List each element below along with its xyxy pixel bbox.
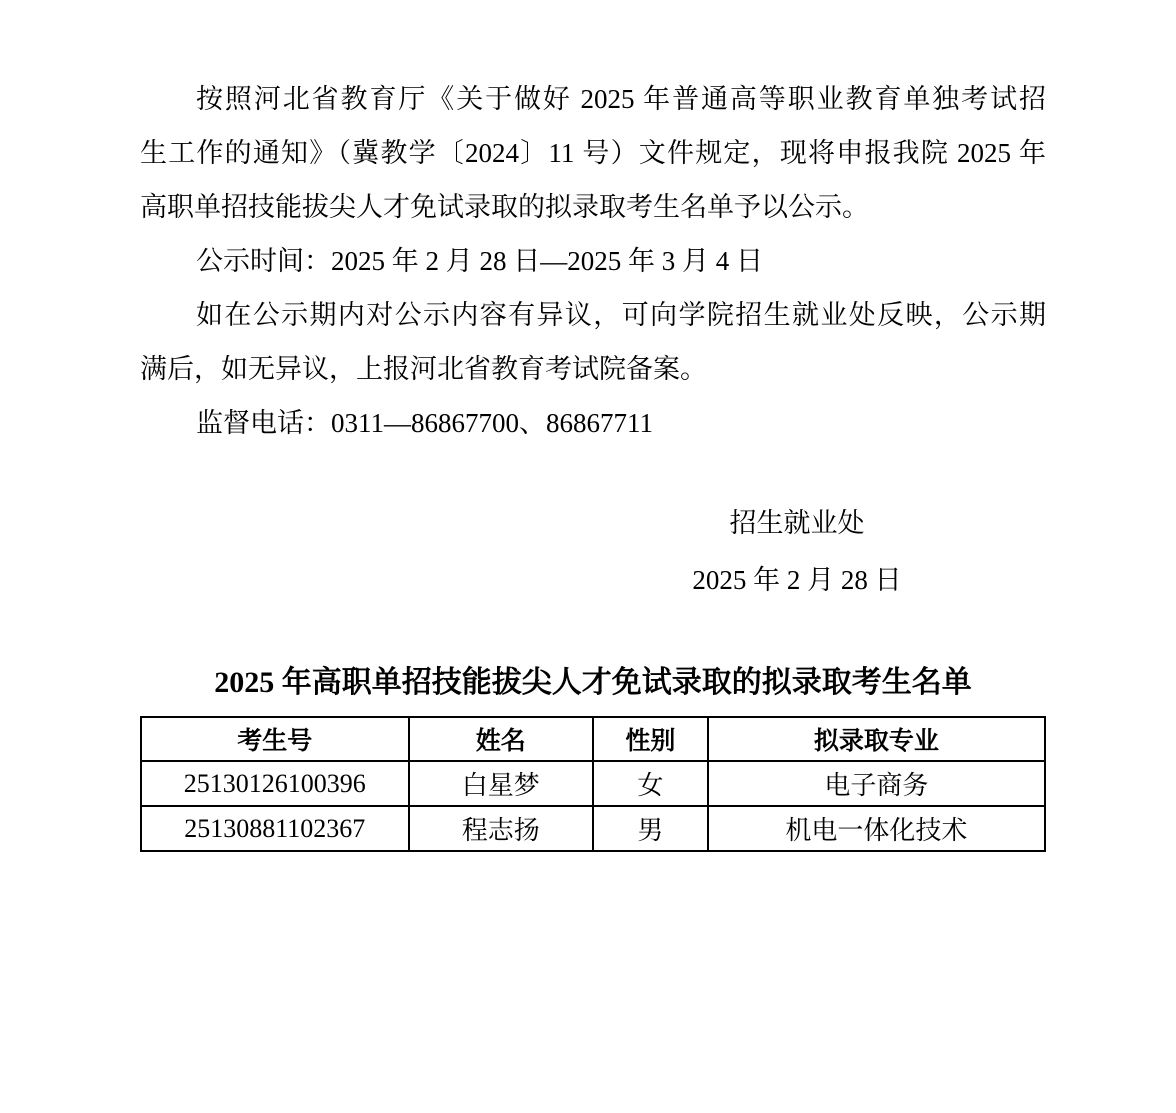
objection-line-1: 如在公示期内对公示内容有异议，可向学院招生就业处反映，公示期 [140, 288, 1046, 342]
signature-block: 招生就业处 2025 年 2 月 28 日 [637, 495, 957, 609]
roster-header-row: 考生号 姓名 性别 拟录取专业 [141, 717, 1045, 761]
row1-gender: 女 [593, 761, 708, 806]
row2-gender: 男 [593, 806, 708, 851]
signature-date: 2025 年 2 月 28 日 [637, 552, 957, 609]
signature-department: 招生就业处 [637, 495, 957, 552]
header-cell-name: 姓名 [409, 717, 593, 761]
supervision-phone-line: 监督电话：0311—86867700、86867711 [140, 396, 1046, 450]
intro-line-1: 按照河北省教育厅《关于做好 2025 年普通高等职业教育单独考试招 [140, 72, 1046, 126]
intro-line-2: 生工作的通知》（冀教学〔2024〕11 号）文件规定，现将申报我院 2025 年 [140, 126, 1046, 180]
header-cell-gender: 性别 [593, 717, 708, 761]
header-cell-candidate-number: 考生号 [141, 717, 409, 761]
row1-name: 白星梦 [409, 761, 593, 806]
table-row: 25130881102367 程志扬 男 机电一体化技术 [141, 806, 1045, 851]
intro-line-3: 高职单招技能拔尖人才免试录取的拟录取考生名单予以公示。 [140, 180, 1046, 234]
announcement-page: 按照河北省教育厅《关于做好 2025 年普通高等职业教育单独考试招 生工作的通知… [0, 0, 1176, 1113]
intro-paragraph: 按照河北省教育厅《关于做好 2025 年普通高等职业教育单独考试招 生工作的通知… [140, 72, 1046, 234]
roster-table: 考生号 姓名 性别 拟录取专业 25130126100396 白星梦 女 电子商… [140, 716, 1046, 852]
row2-candidate-number: 25130881102367 [141, 806, 409, 851]
objection-paragraph: 如在公示期内对公示内容有异议，可向学院招生就业处反映，公示期 满后，如无异议，上… [140, 288, 1046, 396]
row2-proposed-major: 机电一体化技术 [708, 806, 1045, 851]
row2-name: 程志扬 [409, 806, 593, 851]
header-cell-proposed-major: 拟录取专业 [708, 717, 1045, 761]
objection-line-2: 满后，如无异议，上报河北省教育考试院备案。 [140, 342, 1046, 396]
table-row: 25130126100396 白星梦 女 电子商务 [141, 761, 1045, 806]
publicity-period-line: 公示时间：2025 年 2 月 28 日—2025 年 3 月 4 日 [140, 234, 1046, 288]
row1-proposed-major: 电子商务 [708, 761, 1045, 806]
roster-table-title: 2025 年高职单招技能拔尖人才免试录取的拟录取考生名单 [140, 660, 1046, 706]
row1-candidate-number: 25130126100396 [141, 761, 409, 806]
announcement-content: 按照河北省教育厅《关于做好 2025 年普通高等职业教育单独考试招 生工作的通知… [140, 0, 1046, 852]
